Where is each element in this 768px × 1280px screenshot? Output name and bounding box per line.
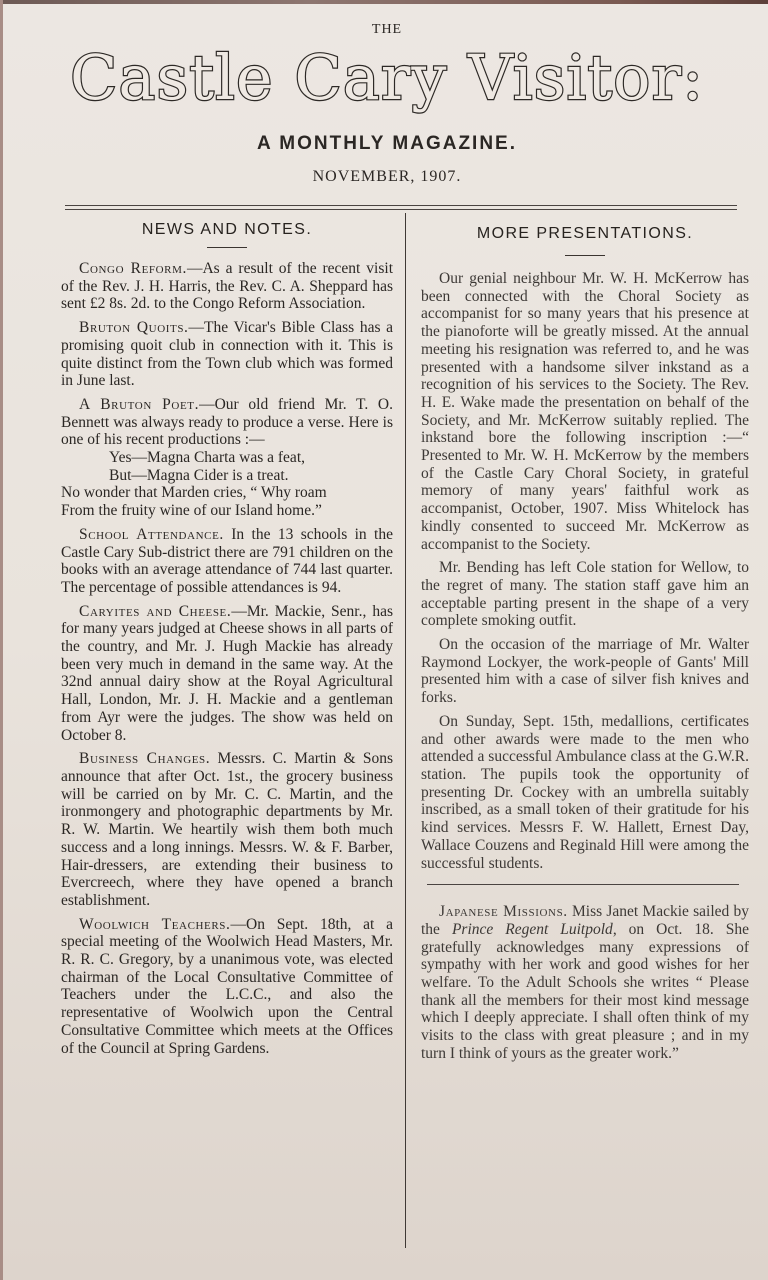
poem-line: From the fruity wine of our Island home.… <box>61 502 393 520</box>
section-heading-more-presentations: MORE PRESENTATIONS. <box>421 225 749 243</box>
article-body: , on Oct. 18. She gratefully acknowledge… <box>421 921 749 1062</box>
section-rule <box>427 884 739 885</box>
article-heading: Bruton Quoits. <box>79 319 189 336</box>
magazine-subtitle: A MONTHLY MAGAZINE. <box>3 133 768 155</box>
article-woolwich-teachers: Woolwich Teachers.—On Sept. 18th, at a s… <box>61 916 393 1058</box>
heading-rule <box>207 247 247 248</box>
masthead-double-rule <box>65 205 737 210</box>
article-heading: Woolwich Teachers. <box>79 916 231 933</box>
article-school-attendance: School Attendance. In the 13 schools in … <box>61 526 393 597</box>
article-body: —Mr. Mackie, Senr., has for many years j… <box>61 603 393 744</box>
left-column: NEWS AND NOTES. Congo Reform.—As a resul… <box>61 213 393 1063</box>
column-divider <box>405 213 406 1248</box>
masthead-the: THE <box>3 22 768 38</box>
poem: Yes—Magna Charta was a feat, But—Magna C… <box>61 449 393 520</box>
article-heading: Japanese Missions. <box>439 903 568 920</box>
issue-date: NOVEMBER, 1907. <box>3 168 768 186</box>
magazine-page: THE Castle Cary Visitor: A MONTHLY MAGAZ… <box>0 0 768 1280</box>
article-bending-departure: Mr. Bending has left Cole station for We… <box>421 559 749 630</box>
article-heading: A Bruton Poet. <box>79 396 199 413</box>
article-mckerrow-presentation: Our genial neighbour Mr. W. H. McKerrow … <box>421 270 749 553</box>
article-heading: School Attendance. <box>79 526 224 543</box>
article-lockyer-marriage: On the occasion of the marriage of Mr. W… <box>421 636 749 707</box>
right-column: MORE PRESENTATIONS. Our genial neighbour… <box>421 213 749 1069</box>
article-caryites-and-cheese: Caryites and Cheese.—Mr. Mackie, Senr., … <box>61 603 393 745</box>
heading-rule <box>565 255 605 256</box>
article-body: Messrs. C. Martin & Sons announce that a… <box>61 750 393 909</box>
article-heading: Caryites and Cheese. <box>79 603 231 620</box>
article-body: —On Sept. 18th, at a special meeting of … <box>61 916 393 1057</box>
article-japanese-missions: Japanese Missions. Miss Janet Mackie sai… <box>421 903 749 1062</box>
section-heading-news-and-notes: NEWS AND NOTES. <box>61 221 393 239</box>
article-bruton-quoits: Bruton Quoits.—The Vicar's Bible Class h… <box>61 319 393 390</box>
article-heading: Congo Reform. <box>79 260 187 277</box>
poem-line: Yes—Magna Charta was a feat, <box>61 449 393 467</box>
magazine-title-text: Castle Cary Visitor: <box>70 41 704 114</box>
article-business-changes: Business Changes. Messrs. C. Martin & So… <box>61 750 393 909</box>
page-top-edge <box>3 0 768 4</box>
poem-line: No wonder that Marden cries, “ Why roam <box>61 484 393 502</box>
article-ambulance-class: On Sunday, Sept. 15th, medallions, certi… <box>421 713 749 872</box>
article-heading: Business Changes. <box>79 750 210 767</box>
ship-name: Prince Regent Luitpold <box>452 921 613 938</box>
magazine-title: Castle Cary Visitor: <box>3 40 768 116</box>
article-congo-reform: Congo Reform.—As a result of the recent … <box>61 260 393 313</box>
poem-line: But—Magna Cider is a treat. <box>61 467 393 485</box>
article-bruton-poet: A Bruton Poet.—Our old friend Mr. T. O. … <box>61 396 393 449</box>
